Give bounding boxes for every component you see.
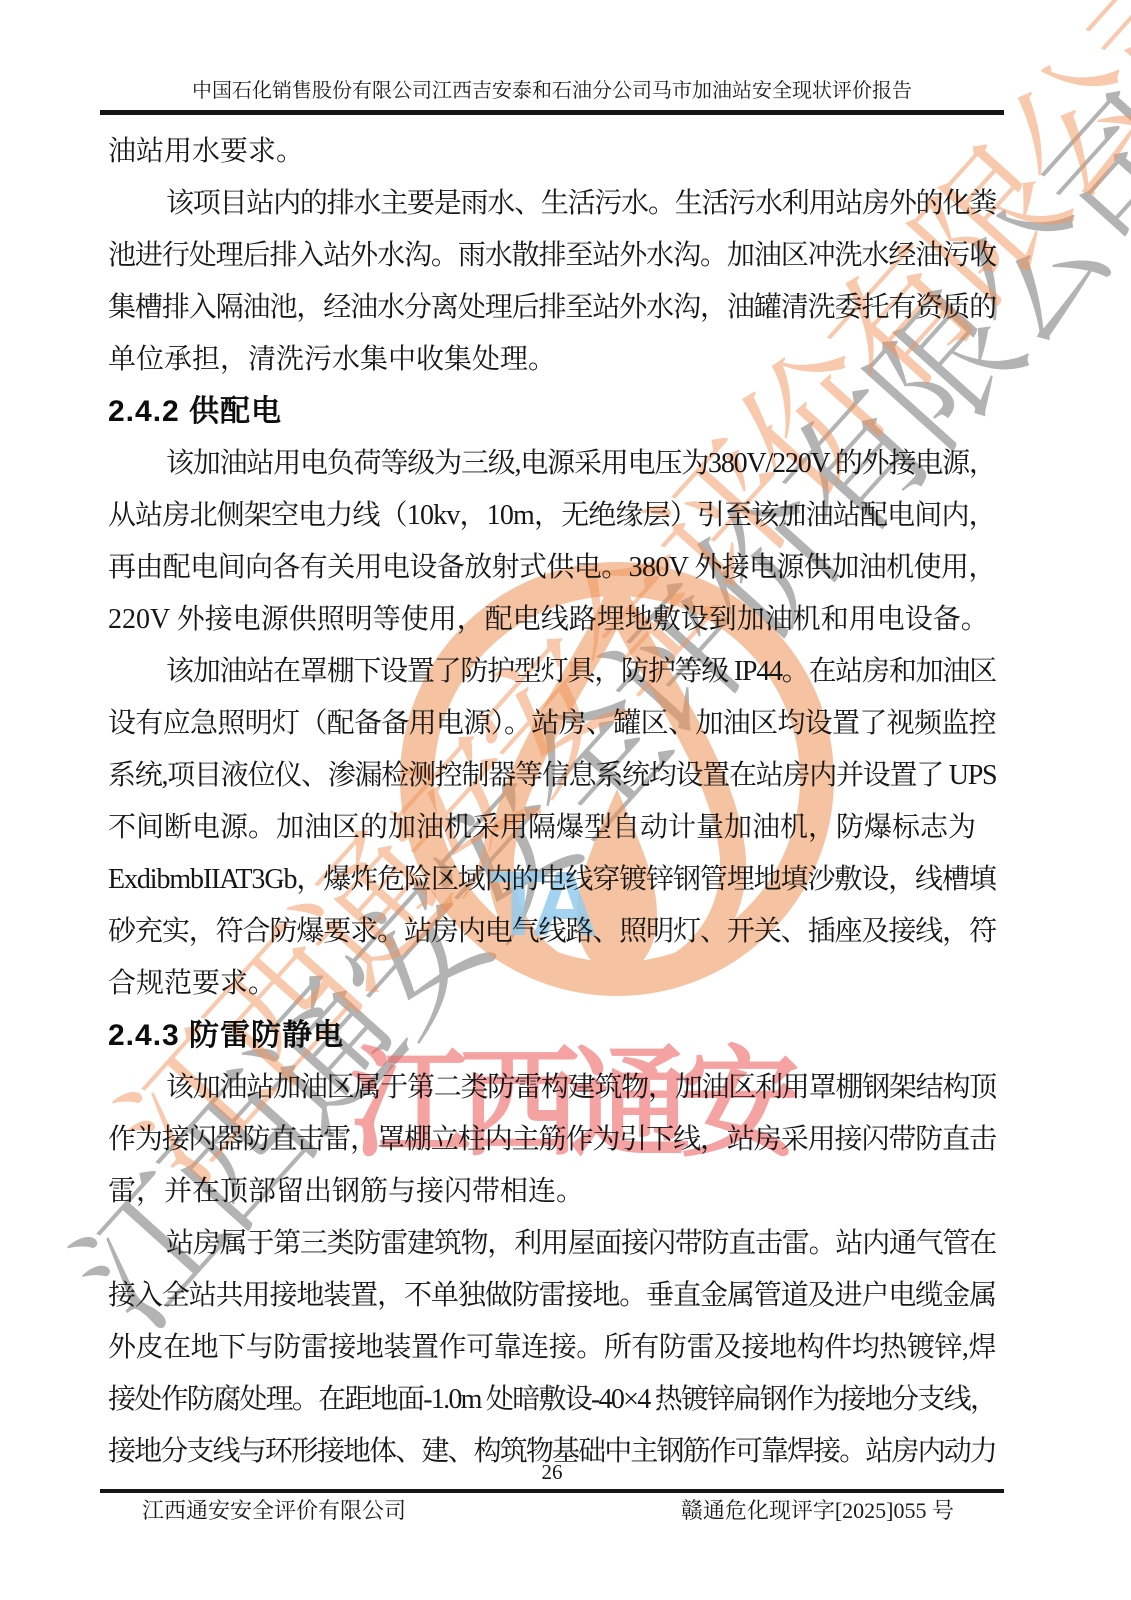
body-line: 该加油站用电负荷等级为三级,电源采用电压为380V/220V 的外接电源，	[108, 438, 996, 490]
body-line: 外皮在地下与防雷接地装置作可靠连接。所有防雷及接地构件均热镀锌,焊	[108, 1322, 996, 1374]
document-body: 油站用水要求。该项目站内的排水主要是雨水、生活污水。生活污水利用站房外的化粪池进…	[108, 126, 996, 1478]
body-line: 该加油站加油区属于第二类防雷构建筑物，加油区利用罩棚钢架结构顶	[108, 1062, 996, 1114]
body-line: 油站用水要求。	[108, 126, 996, 178]
body-line: 雷，并在顶部留出钢筋与接闪带相连。	[108, 1166, 996, 1218]
footer-doc-number: 赣通危化现评字[2025]055 号	[681, 1497, 954, 1525]
body-line: 该加油站在罩棚下设置了防护型灯具，防护等级 IP44。在站房和加油区	[108, 646, 996, 698]
body-line: 作为接闪器防直击雷，罩棚立柱内主筋作为引下线，站房采用接闪带防直击	[108, 1114, 996, 1166]
page-footer: 江西通安安全评价有限公司 赣通危化现评字[2025]055 号	[108, 1497, 996, 1525]
body-line: 该项目站内的排水主要是雨水、生活污水。生活污水利用站房外的化粪	[108, 178, 996, 230]
body-line: 从站房北侧架空电力线（10kv，10m，无绝缘层）引至该加油站配电间内，	[108, 490, 996, 542]
footer-company: 江西通安安全评价有限公司	[142, 1497, 406, 1525]
body-line: 站房属于第三类防雷建筑物，利用屋面接闪带防直击雷。站内通气管在	[108, 1218, 996, 1270]
header-rule	[100, 110, 1004, 115]
body-line: 设有应急照明灯（配备备用电源）。站房、罐区、加油区均设置了视频监控	[108, 698, 996, 750]
body-line: 接入全站共用接地装置，不单独做防雷接地。垂直金属管道及进户电缆金属	[108, 1270, 996, 1322]
body-line: 再由配电间向各有关用电设备放射式供电。380V 外接电源供加油机使用，	[108, 542, 996, 594]
body-line: 池进行处理后排入站外水沟。雨水散排至站外水沟。加油区冲洗水经油污收	[108, 230, 996, 282]
body-line: 接处作防腐处理。在距地面-1.0m 处暗敷设-40×4 热镀锌扁钢作为接地分支线…	[108, 1374, 996, 1426]
section-heading: 2.4.3 防雷防静电	[108, 1010, 996, 1062]
footer-rule	[100, 1489, 1004, 1493]
body-line: 不间断电源。加油区的加油机采用隔爆型自动计量加油机，防爆标志为	[108, 802, 996, 854]
body-line: 砂充实，符合防爆要求。站房内电气线路、照明灯、开关、插座及接线，符	[108, 906, 996, 958]
body-line: 单位承担，清洗污水集中收集处理。	[108, 334, 996, 386]
section-heading: 2.4.2 供配电	[108, 386, 996, 438]
body-line: 系统,项目液位仪、渗漏检测控制器等信息系统均设置在站房内并设置了 UPS	[108, 750, 996, 802]
page-number: 26	[108, 1460, 996, 1484]
report-title: 中国石化销售股份有限公司江西吉安泰和石油分公司马市加油站安全现状评价报告	[108, 78, 996, 104]
body-line: 220V 外接电源供照明等使用，配电线路埋地敷设到加油机和用电设备。	[108, 594, 996, 646]
document-page: 江西通安安全评价有限公司 江西通安安全评价有限公司 TA 江西通安 中国石化销售…	[0, 0, 1131, 1600]
body-line: ExdibmbIIAT3Gb，爆炸危险区域内的电线穿镀锌钢管埋地填沙敷设，线槽填	[108, 854, 996, 906]
body-line: 集槽排入隔油池，经油水分离处理后排至站外水沟，油罐清洗委托有资质的	[108, 282, 996, 334]
body-line: 合规范要求。	[108, 958, 996, 1010]
